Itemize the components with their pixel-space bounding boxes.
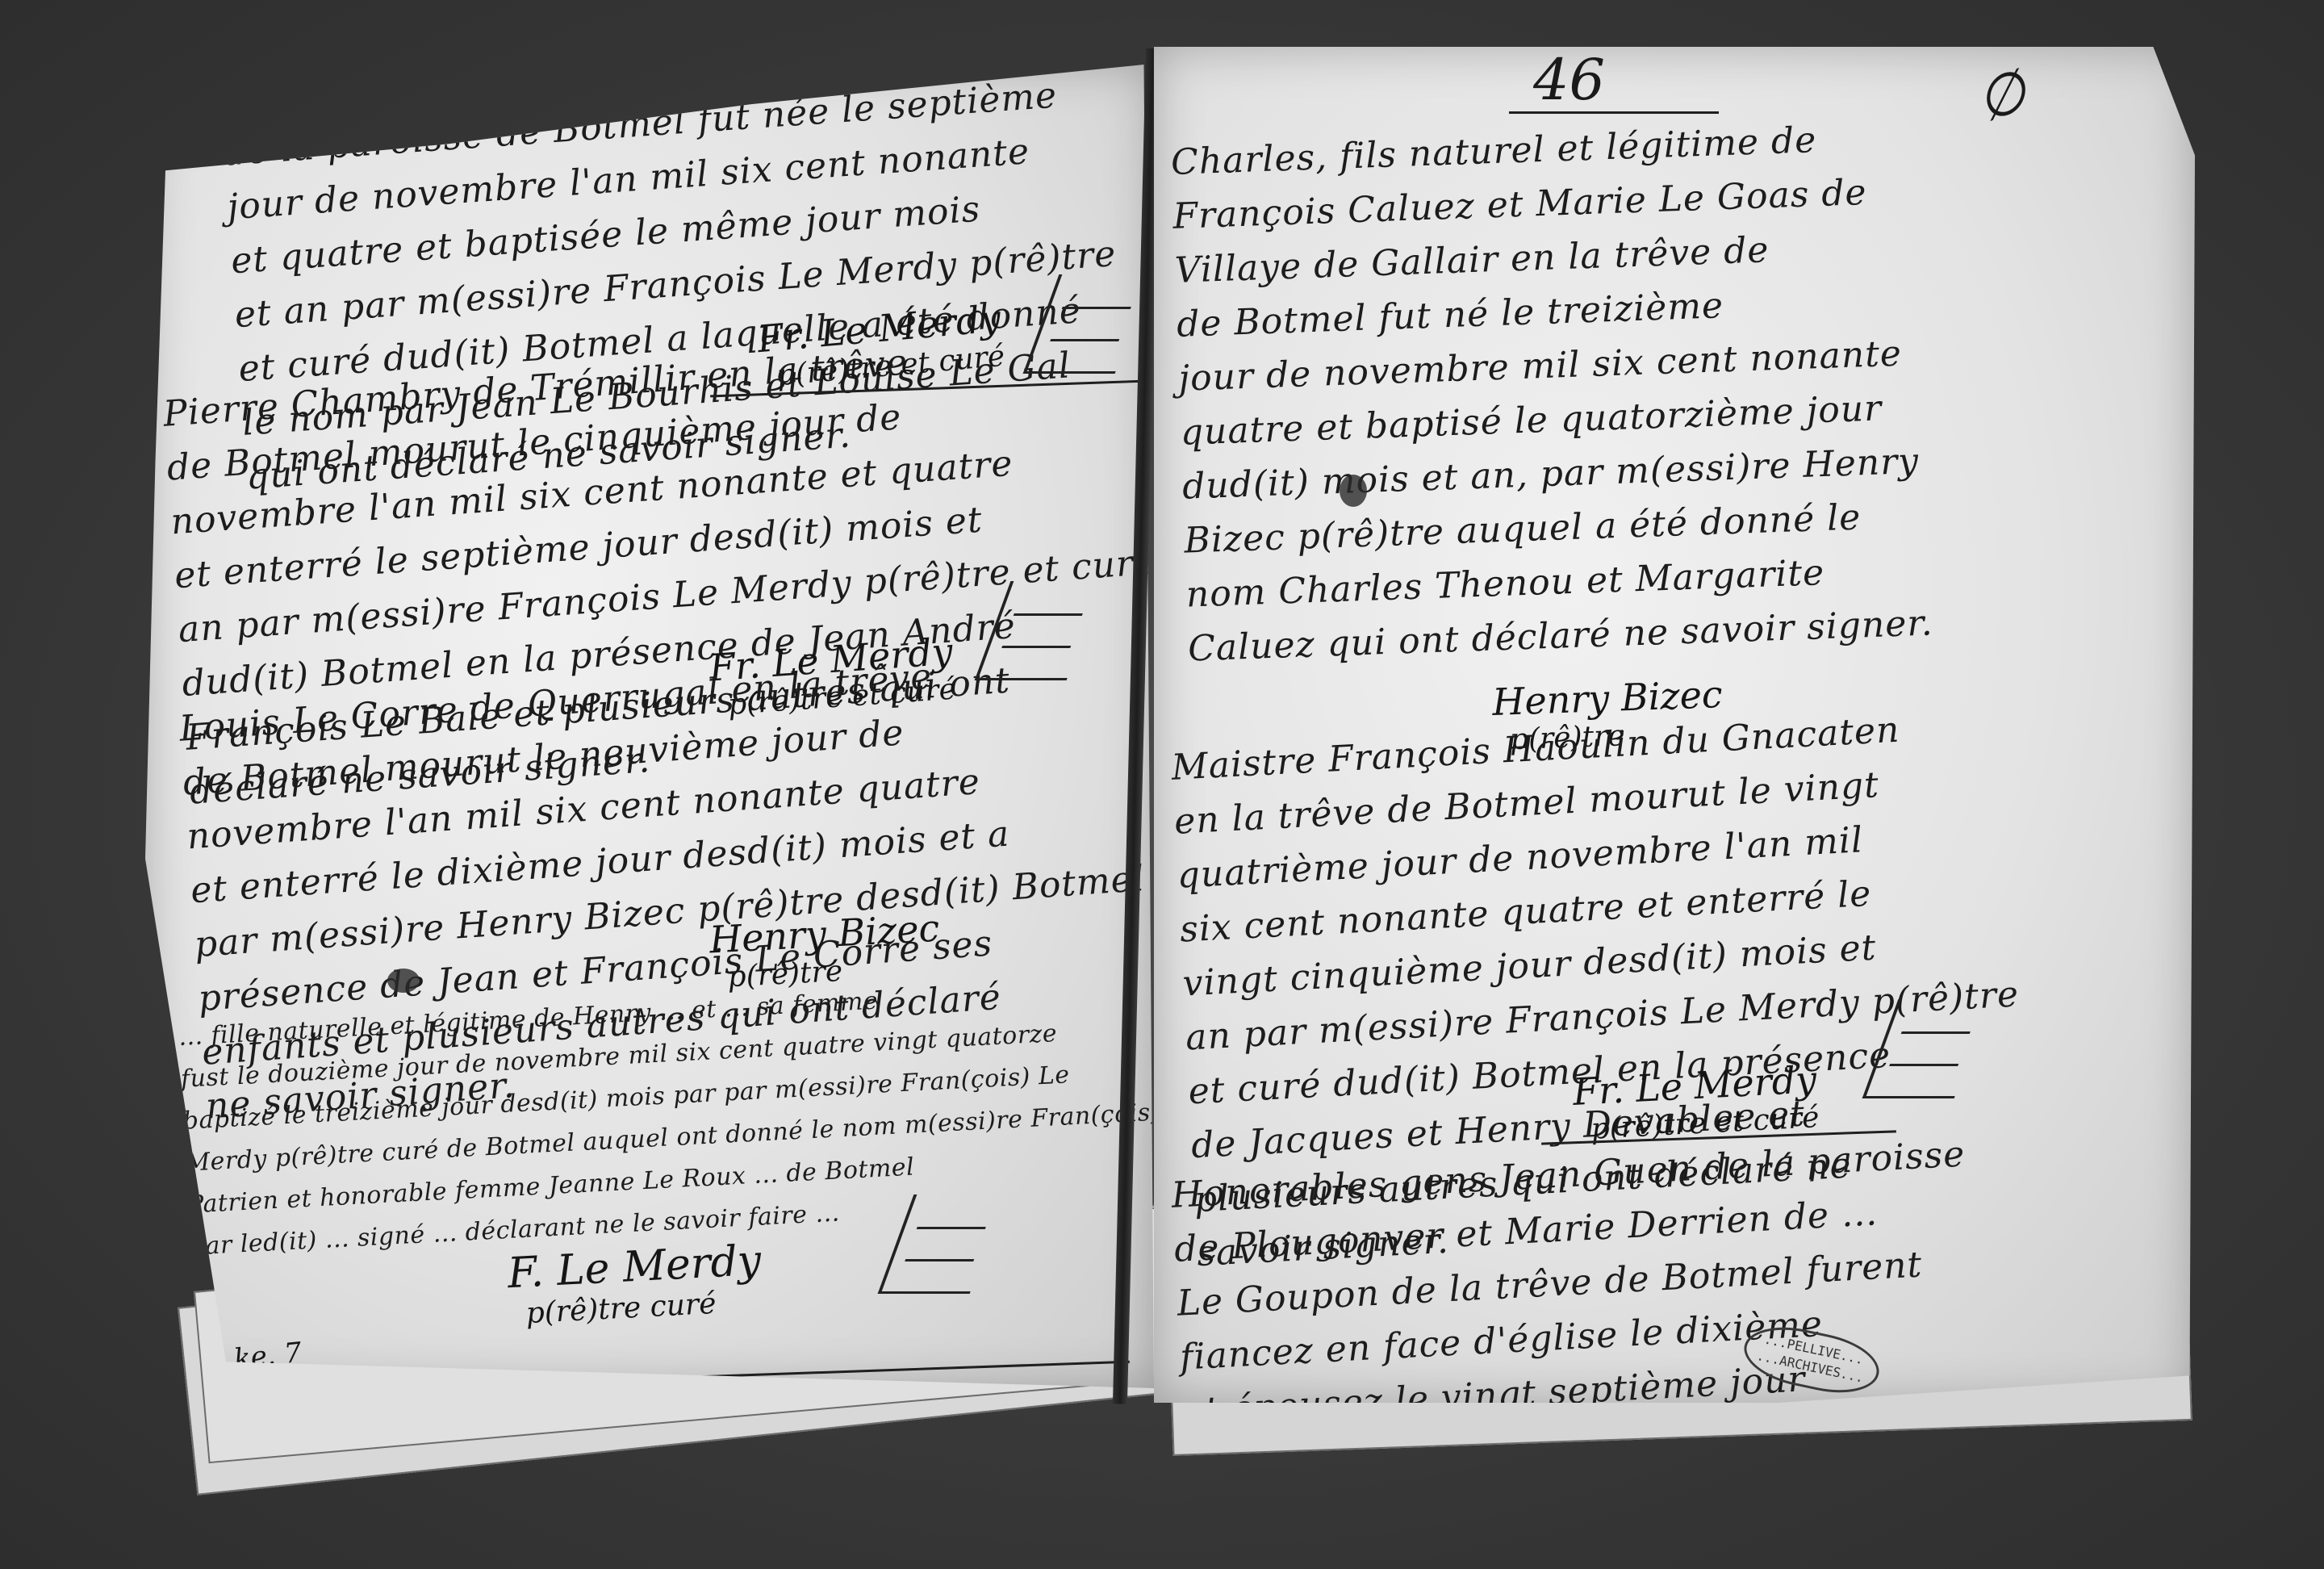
folio-number: 46 bbox=[1533, 47, 1605, 113]
entry-baptism-charles: Charles, fils naturel et légitime de Fra… bbox=[1170, 110, 1934, 676]
signature-le-merdy: F. Le Merdy p(rê)tre curé bbox=[507, 1236, 764, 1331]
folio-underline bbox=[1509, 111, 1719, 114]
right-page: 46 ∅ Charles, fils naturel et légitime d… bbox=[1154, 47, 2195, 1403]
left-page: Louise fille illégitime de Louise Laour … bbox=[145, 65, 1154, 1388]
corner-flourish: ∅ bbox=[1967, 56, 2036, 136]
ink-blot bbox=[1340, 475, 1367, 507]
ink-blot bbox=[387, 969, 420, 993]
entry-baptism-small-hand: ... fille naturelle et légitime de Henry… bbox=[178, 964, 1154, 1269]
